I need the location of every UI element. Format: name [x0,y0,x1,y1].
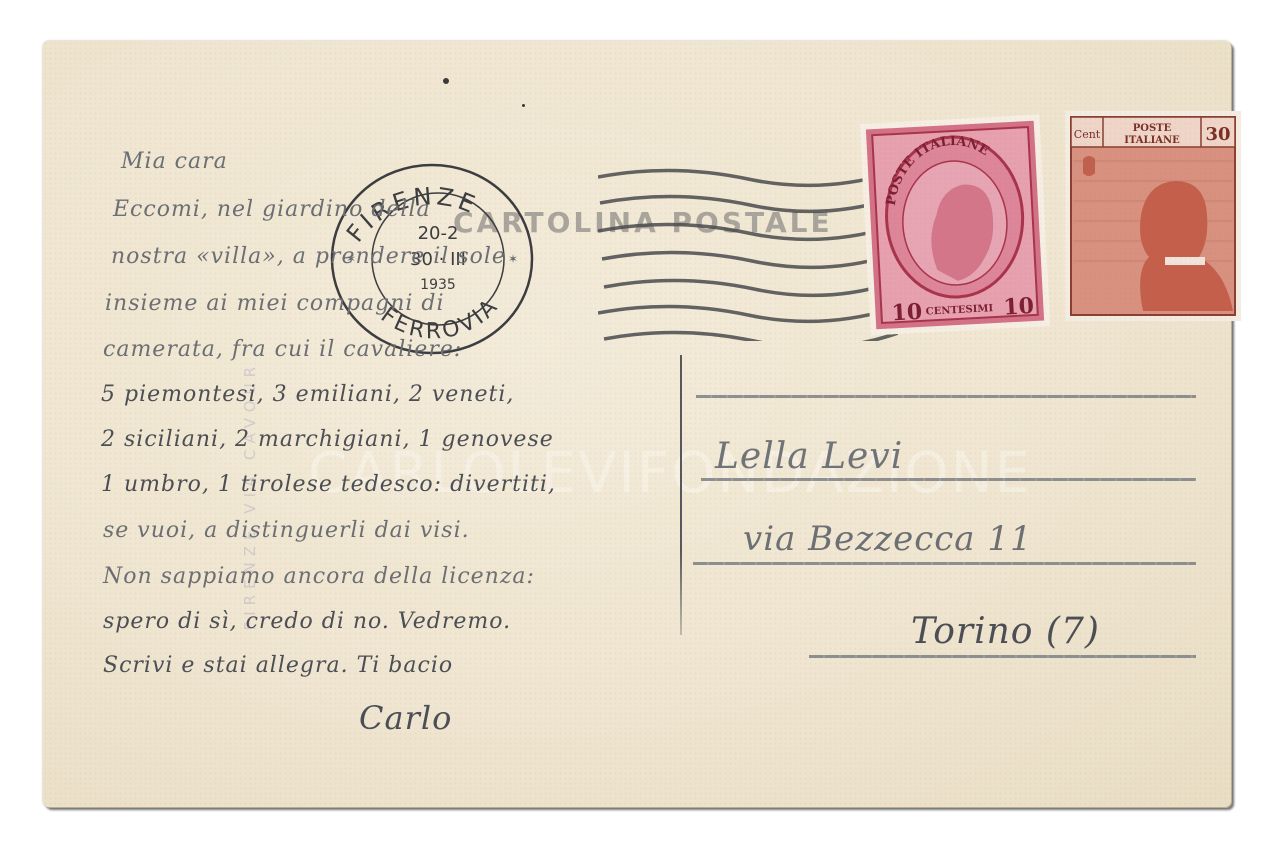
svg-text:POSTE: POSTE [1133,123,1172,134]
center-divider-line [680,355,682,635]
address-line-4 [809,655,1196,658]
ink-dot [522,104,525,107]
message-line: camerata, fra cui il cavaliere: [103,339,462,361]
signature: Carlo [359,699,452,737]
stamp30-cent-label: Cent [1074,128,1101,141]
message-line: 5 piemontesi, 3 emiliani, 2 veneti, [101,384,514,406]
message-line: Mia cara [121,151,228,173]
ink-dot [443,78,449,84]
message-line: Eccomi, nel giardino della [113,199,431,221]
recipient-name: Lella Levi [715,436,903,477]
message-line: 1 umbro, 1 tirolese tedesco: divertiti, [101,474,556,496]
stamp-30-cent: Cent POSTE ITALIANE 30 [1065,111,1241,321]
stamp10-value-right: 10 [1003,293,1035,321]
message-line: insieme ai miei compagni di [105,293,445,315]
postmark-time: 20-2 [418,223,459,244]
stamp10-value-left: 10 [891,299,923,327]
message-line: se vuoi, a distinguerli dai visi. [103,520,470,542]
message-line: Scrivi e stai allegra. Ti bacio [103,655,453,677]
postcard: CARTOLINA POSTALE CARLOLEVIFONDAZIONE FI… [43,41,1231,807]
wavy-cancellation-mark [598,161,898,341]
address-line-1 [696,395,1196,398]
address-line-2 [701,478,1196,481]
stamp30-value: 30 [1205,124,1230,145]
recipient-street: via Bezzecca 11 [743,519,1033,559]
svg-text:✶: ✶ [508,252,518,266]
message-line: Non sappiamo ancora della licenza: [103,566,535,588]
address-line-3 [693,562,1196,565]
recipient-city: Torino (7) [911,611,1100,652]
stamp-10-centesimi: POSTE ITALIANE 10 CENTESIMI 10 [860,114,1051,335]
message-line: spero di sì, credo di no. Vedremo. [103,611,511,633]
message-line: nostra «villa», a prendere il sole [111,246,506,268]
svg-text:ITALIANE: ITALIANE [1124,135,1180,146]
message-line: 2 siciliani, 2 marchigiani, 1 genovese [101,429,554,451]
